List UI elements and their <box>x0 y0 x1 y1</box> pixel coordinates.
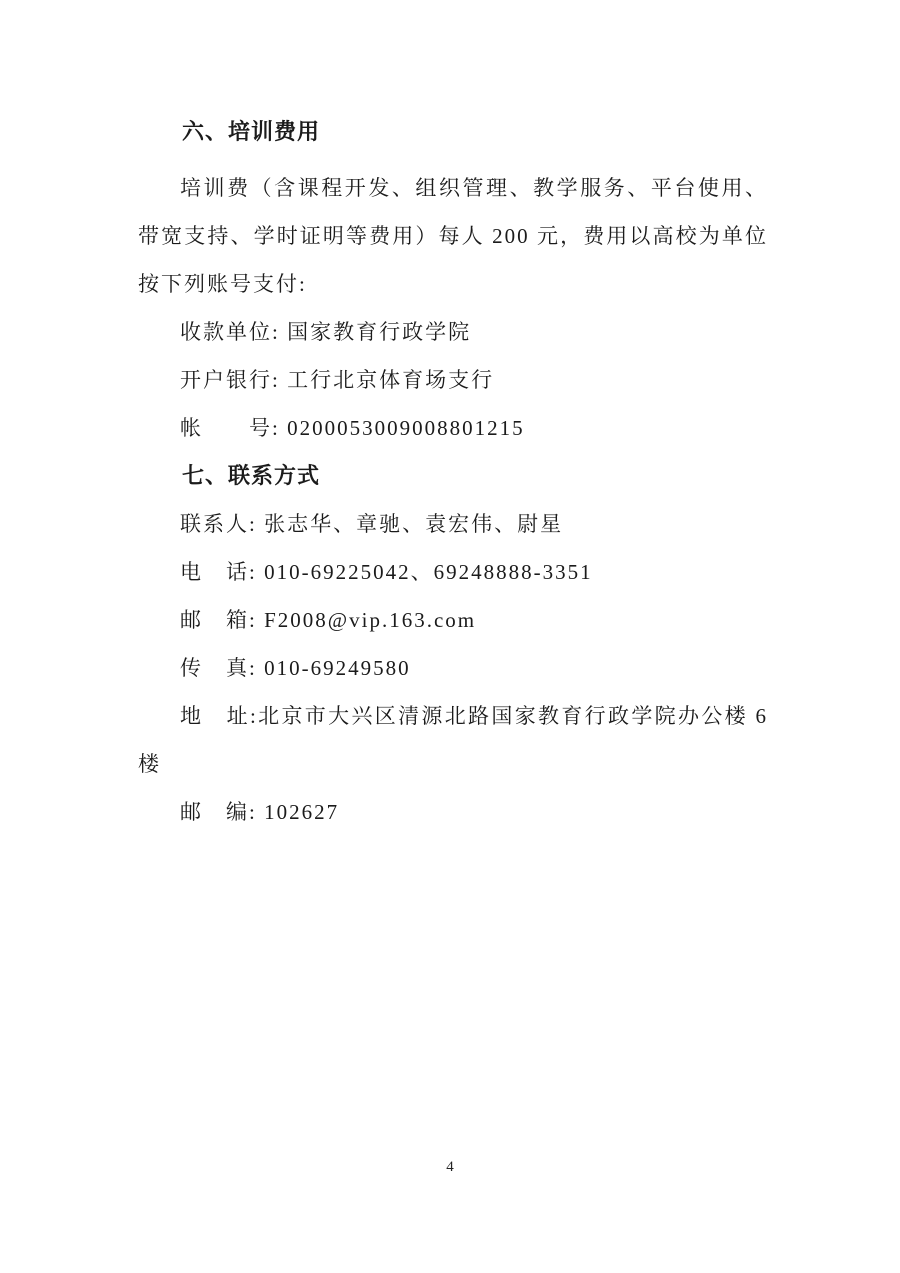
field-bank-colon: : <box>272 368 287 392</box>
field-account-number-colon: : <box>272 416 287 440</box>
field-postcode-label: 邮 编 <box>180 800 249 824</box>
field-bank-label: 开户银行 <box>180 368 272 392</box>
field-contact-person-value: 张志华、章驰、袁宏伟、尉星 <box>264 512 563 536</box>
field-account-number-value: 0200053009008801215 <box>287 416 525 440</box>
field-email: 邮 箱: F2008@vip.163.com <box>138 596 768 644</box>
field-contact-person-colon: : <box>249 512 264 536</box>
field-account-number-label: 帐 号 <box>180 416 272 440</box>
para-training-fees: 培训费（含课程开发、组织管理、教学服务、平台使用、带宽支持、学时证明等费用）每人… <box>138 164 768 308</box>
field-postcode: 邮 编: 102627 <box>138 788 768 836</box>
heading-training-fees: 六、培训费用 <box>138 108 768 156</box>
field-fax: 传 真: 010-69249580 <box>138 644 768 692</box>
field-bank: 开户银行: 工行北京体育场支行 <box>138 356 768 404</box>
document-page: 六、培训费用 培训费（含课程开发、组织管理、教学服务、平台使用、带宽支持、学时证… <box>0 0 900 1273</box>
field-contact-person-label: 联系人 <box>180 512 249 536</box>
document-body: 六、培训费用 培训费（含课程开发、组织管理、教学服务、平台使用、带宽支持、学时证… <box>138 108 768 836</box>
field-email-value: F2008@vip.163.com <box>264 608 476 632</box>
page-number: 4 <box>0 1156 900 1178</box>
field-fax-colon: : <box>249 656 264 680</box>
field-account-number: 帐 号: 0200053009008801215 <box>138 404 768 452</box>
heading-contact-info: 七、联系方式 <box>138 452 768 500</box>
field-phone-value: 010-69225042、69248888-3351 <box>264 560 593 584</box>
field-email-label: 邮 箱 <box>180 608 249 632</box>
field-payee: 收款单位: 国家教育行政学院 <box>138 308 768 356</box>
field-payee-label: 收款单位 <box>180 320 272 344</box>
field-postcode-colon: : <box>249 800 264 824</box>
field-address-colon: : <box>250 704 258 728</box>
field-contact-person: 联系人: 张志华、章驰、袁宏伟、尉星 <box>138 500 768 548</box>
field-fax-value: 010-69249580 <box>264 656 411 680</box>
field-email-colon: : <box>249 608 264 632</box>
field-address-label: 地 址 <box>180 704 250 728</box>
field-address: 地 址:北京市大兴区清源北路国家教育行政学院办公楼 6楼 <box>138 692 768 788</box>
field-phone-colon: : <box>249 560 264 584</box>
field-bank-value: 工行北京体育场支行 <box>287 368 494 392</box>
field-phone: 电 话: 010-69225042、69248888-3351 <box>138 548 768 596</box>
field-payee-colon: : <box>272 320 287 344</box>
field-payee-value: 国家教育行政学院 <box>287 320 471 344</box>
field-postcode-value: 102627 <box>264 800 339 824</box>
field-phone-label: 电 话 <box>180 560 249 584</box>
field-fax-label: 传 真 <box>180 656 249 680</box>
